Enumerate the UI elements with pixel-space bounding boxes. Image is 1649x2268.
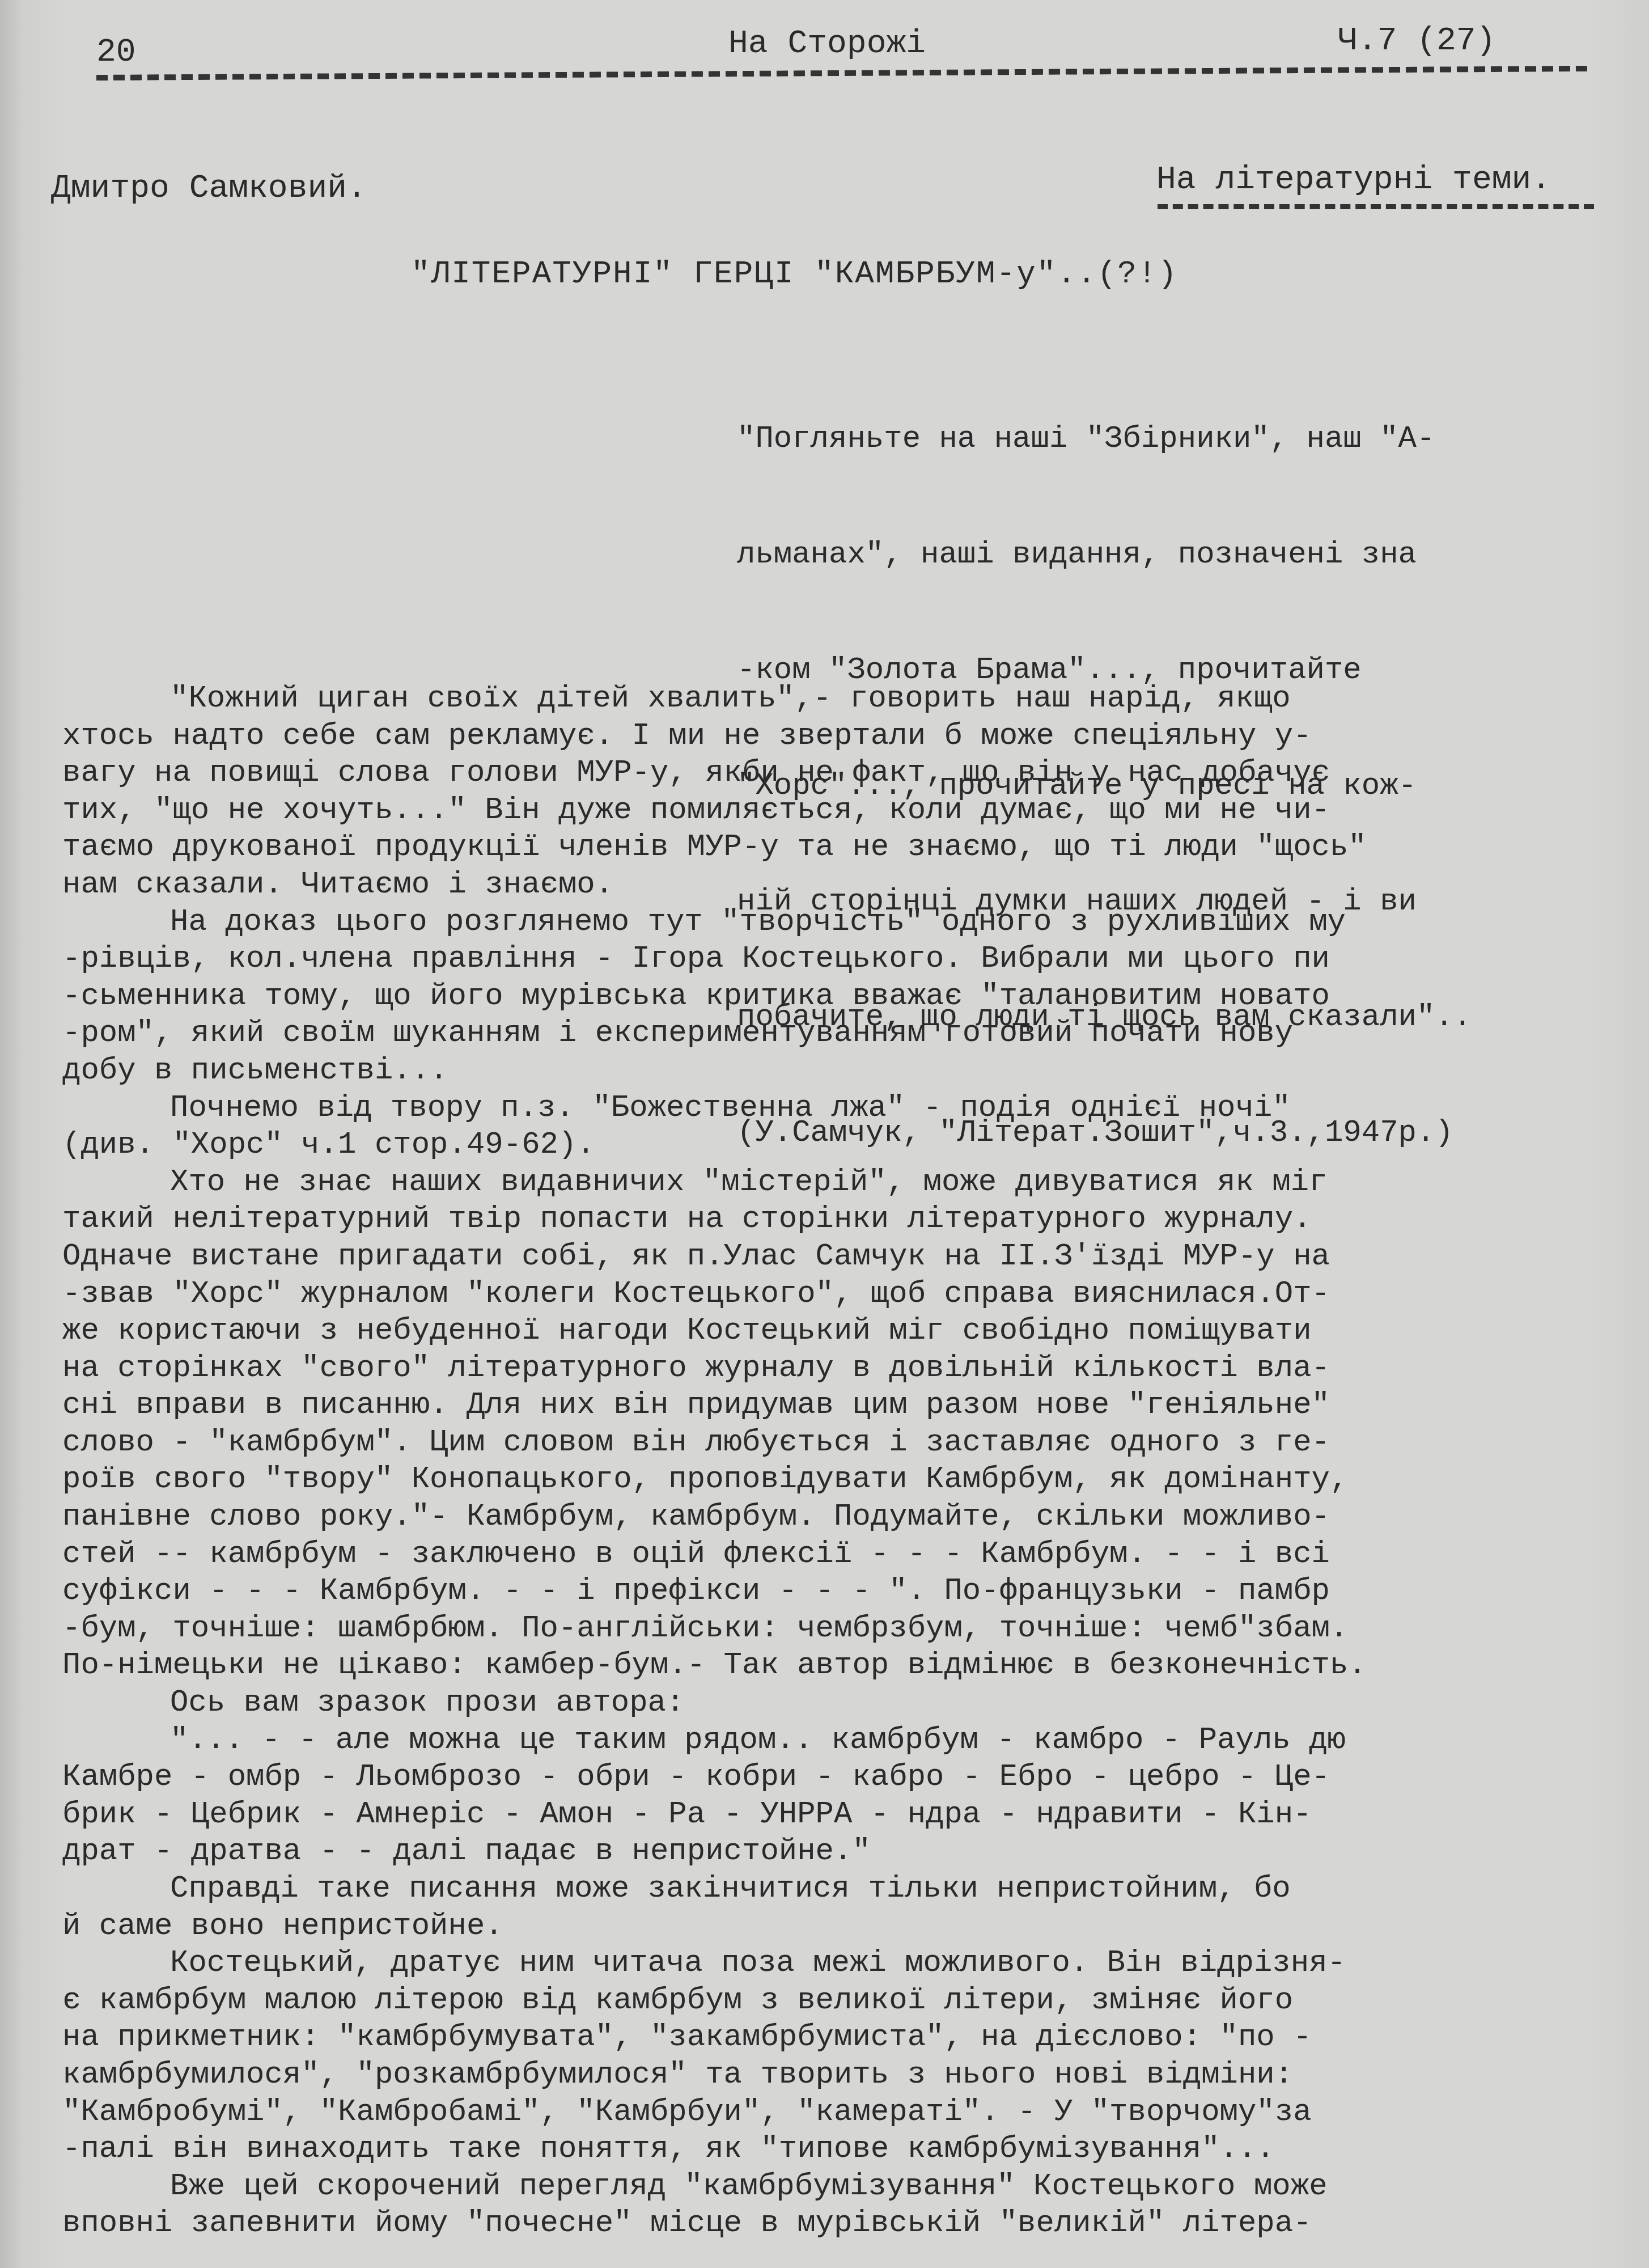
body-line-text: Камбре - омбр - Льомброзо - обри - кобри…	[62, 1760, 1330, 1795]
body-line: Ось вам зразок прози автора:	[62, 1685, 1367, 1722]
body-line-text: такий нелітературний твір попасти на сто…	[62, 1202, 1312, 1237]
body-line: таємо друкованої продукції членів МУР-у …	[62, 829, 1367, 866]
body-line-text: -сьменника тому, що його мурівська крити…	[62, 979, 1330, 1014]
body-line-text: же користаючи з небуденної нагоди Костец…	[62, 1314, 1312, 1348]
body-line-text: Хто не знає наших видавничих "містерій",…	[170, 1165, 1328, 1200]
epigraph-line: "Погляньте на наші "Збірники", наш "А-	[737, 420, 1472, 459]
body-line-text: стей -- камбрбум - заключено в оцій флек…	[62, 1537, 1330, 1572]
body-line: такий нелітературний твір попасти на сто…	[62, 1201, 1367, 1238]
body-line: Камбре - омбр - Льомброзо - обри - кобри…	[62, 1759, 1367, 1796]
header-dashed-rule	[96, 66, 1587, 81]
body-line: вагу на повищі слова голови МУР-у, якби …	[62, 755, 1367, 792]
body-line: є камбрбум малою літерою від камбрбум з …	[62, 1982, 1367, 2020]
body-line-text: слово - "камбрбум". Цим словом він любує…	[62, 1425, 1330, 1460]
body-line: й саме воно непристойне.	[62, 1908, 1367, 1945]
body-line: драт - дратва - - далі падає в непристой…	[62, 1833, 1367, 1871]
running-header: 20 На Сторожі Ч.7 (27)	[96, 28, 1587, 74]
body-line-text: хтось надто себе сам рекламує. І ми не з…	[62, 719, 1312, 754]
body-line-text: -рівців, кол.члена правління - Ігора Кос…	[62, 942, 1330, 976]
body-line-text: Одначе вистане пригадати собі, як п.Улас…	[62, 1239, 1330, 1274]
scanned-page: 20 На Сторожі Ч.7 (27) Дмитро Самковий. …	[0, 0, 1649, 2268]
body-line: -рівців, кол.члена правління - Ігора Кос…	[62, 941, 1367, 978]
body-line-text: суфікси - - - Камбрбум. - - і префікси -…	[62, 1574, 1330, 1609]
body-line-text: вповні запевнити йому "почесне" місце в …	[62, 2206, 1312, 2241]
body-line: "Кожний циган своїх дітей хвалить",- гов…	[62, 680, 1367, 718]
body-line: слово - "камбрбум". Цим словом він любує…	[62, 1424, 1367, 1462]
page-number: 20	[96, 34, 136, 71]
body-line-text: По-німецьки не цікаво: камбер-бум.- Так …	[62, 1648, 1367, 1683]
body-line: Одначе вистане пригадати собі, як п.Улас…	[62, 1238, 1367, 1276]
body-line-text: й саме воно непристойне.	[62, 1909, 503, 1944]
author-name: Дмитро Самковий.	[51, 170, 367, 208]
body-line: же користаючи з небуденної нагоди Костец…	[62, 1313, 1367, 1350]
body-line: "... - - але можна це таким рядом.. камб…	[62, 1722, 1367, 1759]
body-line: Костецький, дратує ним читача поза межі …	[62, 1945, 1367, 1982]
body-line-text: (див. "Хорс" ч.1 стор.49-62).	[62, 1128, 595, 1162]
body-line-text: -ром", який своїм шуканням і експеримент…	[62, 1016, 1293, 1051]
body-line-text: -палі він винаходить таке поняття, як "т…	[62, 2132, 1275, 2167]
body-line: добу в письменстві...	[62, 1052, 1367, 1090]
issue-number: Ч.7 (27)	[1338, 23, 1495, 60]
body-line: -бум, точніше: шамбрбюм. По-англійськи: …	[62, 1610, 1367, 1648]
body-line: По-німецьки не цікаво: камбер-бум.- Так …	[62, 1647, 1367, 1685]
body-line-text: камбрбумилося", "розкамбрбумилося" та тв…	[62, 2058, 1293, 2092]
body-line-text: На доказ цього розглянемо тут "творчість…	[170, 905, 1346, 940]
body-line-text: Ось вам зразок прози автора:	[170, 1686, 684, 1720]
body-line-text: Костецький, дратує ним читача поза межі …	[170, 1946, 1346, 1981]
epigraph-line: льманах", наші видання, позначені зна	[737, 536, 1472, 574]
body-line: стей -- камбрбум - заключено в оцій флек…	[62, 1536, 1367, 1573]
body-line-text: вагу на повищі слова голови МУР-у, якби …	[62, 756, 1330, 790]
body-line: Хто не знає наших видавничих "містерій",…	[62, 1164, 1367, 1201]
body-line: на сторінках "свого" літературного журна…	[62, 1350, 1367, 1387]
body-line: роїв свого "твору" Конопацького, пропові…	[62, 1461, 1367, 1499]
body-line-text: на прикметник: "камбрбумувата", "закамбр…	[62, 2020, 1312, 2055]
body-line-text: добу в письменстві...	[62, 1053, 448, 1088]
body-line-text: тих, "що не хочуть..." Він дуже помиляєт…	[62, 793, 1330, 828]
body-line: нам сказали. Читаємо і знаємо.	[62, 866, 1367, 904]
body-line-text: драт - дратва - - далі падає в непристой…	[62, 1834, 871, 1869]
body-line: -палі він винаходить таке поняття, як "т…	[62, 2131, 1367, 2168]
body-line-text: таємо друкованої продукції членів МУР-у …	[62, 830, 1367, 865]
body-line-text: сні вправи в писанню. Для них він придум…	[62, 1388, 1330, 1423]
body-line: Справді таке писання може закінчитися ті…	[62, 1871, 1367, 1908]
body-line: "Камбробумі", "Камбробамі", "Камбрбуи", …	[62, 2094, 1367, 2131]
body-line: -звав "Хорс" журналом "колеги Костецьког…	[62, 1276, 1367, 1313]
body-line: вповні запевнити йому "почесне" місце в …	[62, 2205, 1367, 2242]
body-line-text: -бум, точніше: шамбрбюм. По-англійськи: …	[62, 1611, 1348, 1646]
body-line: -сьменника тому, що його мурівська крити…	[62, 978, 1367, 1015]
body-line: на прикметник: "камбрбумувата", "закамбр…	[62, 2019, 1367, 2057]
body-line-text: роїв свого "твору" Конопацького, пропові…	[62, 1462, 1348, 1497]
body-line-text: на сторінках "свого" літературного журна…	[62, 1351, 1330, 1386]
body-line: хтось надто себе сам рекламує. І ми не з…	[62, 718, 1367, 755]
body-line: (див. "Хорс" ч.1 стор.49-62).	[62, 1127, 1367, 1164]
publication-title: На Сторожі	[728, 26, 926, 63]
body-line-text: "Кожний циган своїх дітей хвалить",- гов…	[170, 682, 1291, 716]
body-line-text: Справді таке писання може закінчитися ті…	[170, 1872, 1291, 1906]
body-line-text: є камбрбум малою літерою від камбрбум з …	[62, 1983, 1293, 2018]
body-line: суфікси - - - Камбрбум. - - і префікси -…	[62, 1573, 1367, 1610]
body-line-text: нам сказали. Читаємо і знаємо.	[62, 868, 613, 902]
body-line: -ром", який своїм шуканням і експеримент…	[62, 1015, 1367, 1052]
body-line-text: "Камбробумі", "Камбробамі", "Камбрбуи", …	[62, 2095, 1312, 2130]
body-line: брик - Цебрик - Амнеріс - Амон - Ра - УН…	[62, 1796, 1367, 1834]
rubric-dashed-underline	[1158, 204, 1594, 209]
body-line: Почнемо від твору п.з. "Божественна лжа"…	[62, 1090, 1367, 1127]
body-line-text: "... - - але можна це таким рядом.. камб…	[170, 1723, 1346, 1758]
body-line: панівне слово року."- Камбрбум, камбрбум…	[62, 1499, 1367, 1536]
body-line: сні вправи в писанню. Для них він придум…	[62, 1387, 1367, 1424]
body-line-text: Почнемо від твору п.з. "Божественна лжа"…	[170, 1091, 1291, 1125]
article-title: "ЛІТЕРАТУРНІ" ГЕРЦІ "КАМБРБУМ-у"..(?!)	[411, 255, 1178, 293]
body-line-text: брик - Цебрик - Амнеріс - Амон - Ра - УН…	[62, 1797, 1312, 1832]
rubric-label: На літературні теми.	[1156, 162, 1551, 199]
body-line: Вже цей скорочений перегляд "камбрбумізу…	[62, 2168, 1367, 2206]
body-line-text: -звав "Хорс" журналом "колеги Костецьког…	[62, 1277, 1330, 1311]
body-line: тих, "що не хочуть..." Він дуже помиляєт…	[62, 792, 1367, 830]
body-line: камбрбумилося", "розкамбрбумилося" та тв…	[62, 2057, 1367, 2094]
article-body: "Кожний циган своїх дітей хвалить",- гов…	[62, 680, 1367, 2242]
body-line-text: Вже цей скорочений перегляд "камбрбумізу…	[170, 2169, 1328, 2204]
body-line-text: панівне слово року."- Камбрбум, камбрбум…	[62, 1500, 1330, 1534]
body-line: На доказ цього розглянемо тут "творчість…	[62, 904, 1367, 941]
